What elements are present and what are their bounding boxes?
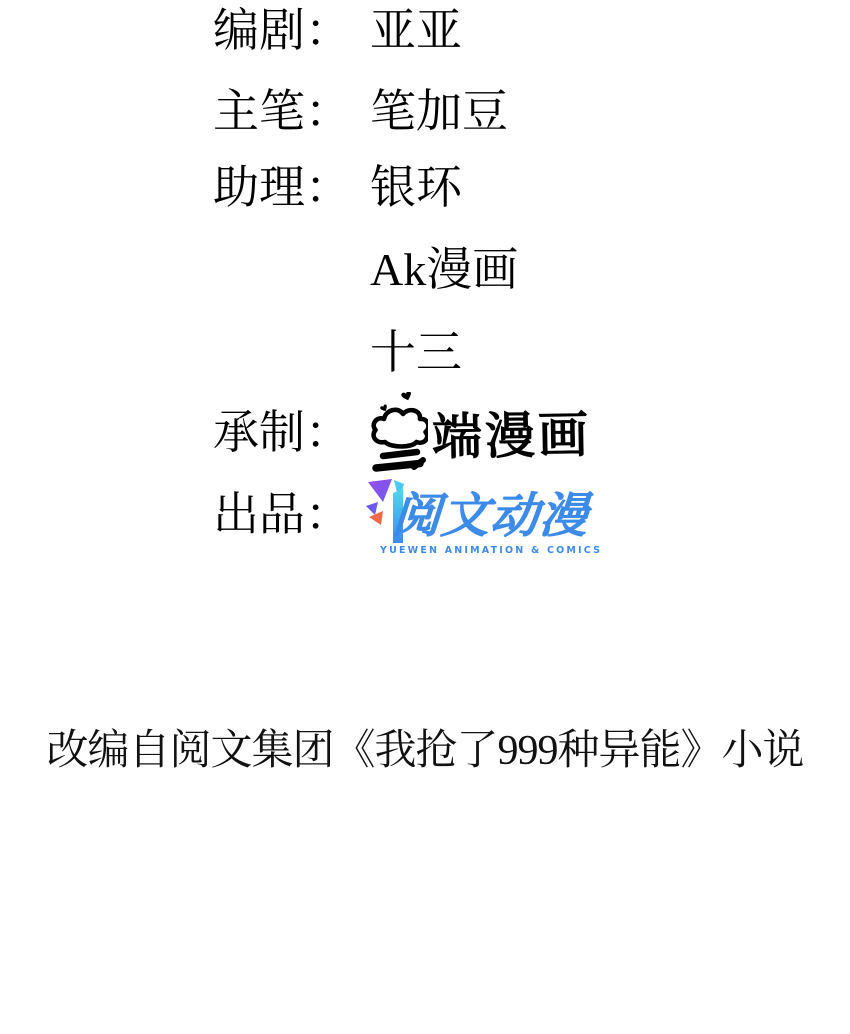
credit-row-assistant-3: 十三 <box>213 326 462 380</box>
yuewen-tagline: YUEWEN ANIMATION & COMICS <box>380 545 602 556</box>
credit-name: 亚亚 <box>370 4 462 58</box>
yunduan-logo-text: 端漫画 <box>431 405 591 468</box>
comic-credits-page: 编剧： 亚亚 主笔： 笔加豆 助理： 银环 Ak漫画 十三 承制： <box>0 0 850 1034</box>
credit-name: 笔加豆 <box>370 85 508 139</box>
credit-role-label: 助理： <box>213 161 370 215</box>
credit-row-screenwriter: 编剧： 亚亚 <box>213 4 462 58</box>
adaptation-note: 改编自阅文集团《我抢了999种异能》小说 <box>0 727 850 775</box>
credit-name: 十三 <box>370 326 462 380</box>
yuewen-animation-logo: 阅文动漫 YUEWEN ANIMATION & COMICS <box>366 488 602 556</box>
producer-role-label: 承制： <box>213 406 370 460</box>
yuewen-wordmark: 阅文动漫 <box>390 488 604 544</box>
publisher-role-label: 出品： <box>213 488 370 542</box>
credit-row-lead-artist: 主笔： 笔加豆 <box>213 85 508 139</box>
producer-row: 承制： 端漫画 <box>213 406 591 470</box>
credit-name: Ak漫画 <box>370 243 518 297</box>
heart-icon <box>401 392 413 402</box>
credit-role-label: 编剧： <box>213 4 370 58</box>
cloud-icon <box>370 406 428 470</box>
yunduan-manhua-logo: 端漫画 <box>370 406 591 470</box>
credit-row-assistant-2: Ak漫画 <box>213 243 518 297</box>
credit-row-assistant: 助理： 银环 <box>213 161 462 215</box>
credit-role-label: 主笔： <box>213 85 370 139</box>
credit-name: 银环 <box>370 161 462 215</box>
publisher-row: 出品： <box>213 488 602 556</box>
